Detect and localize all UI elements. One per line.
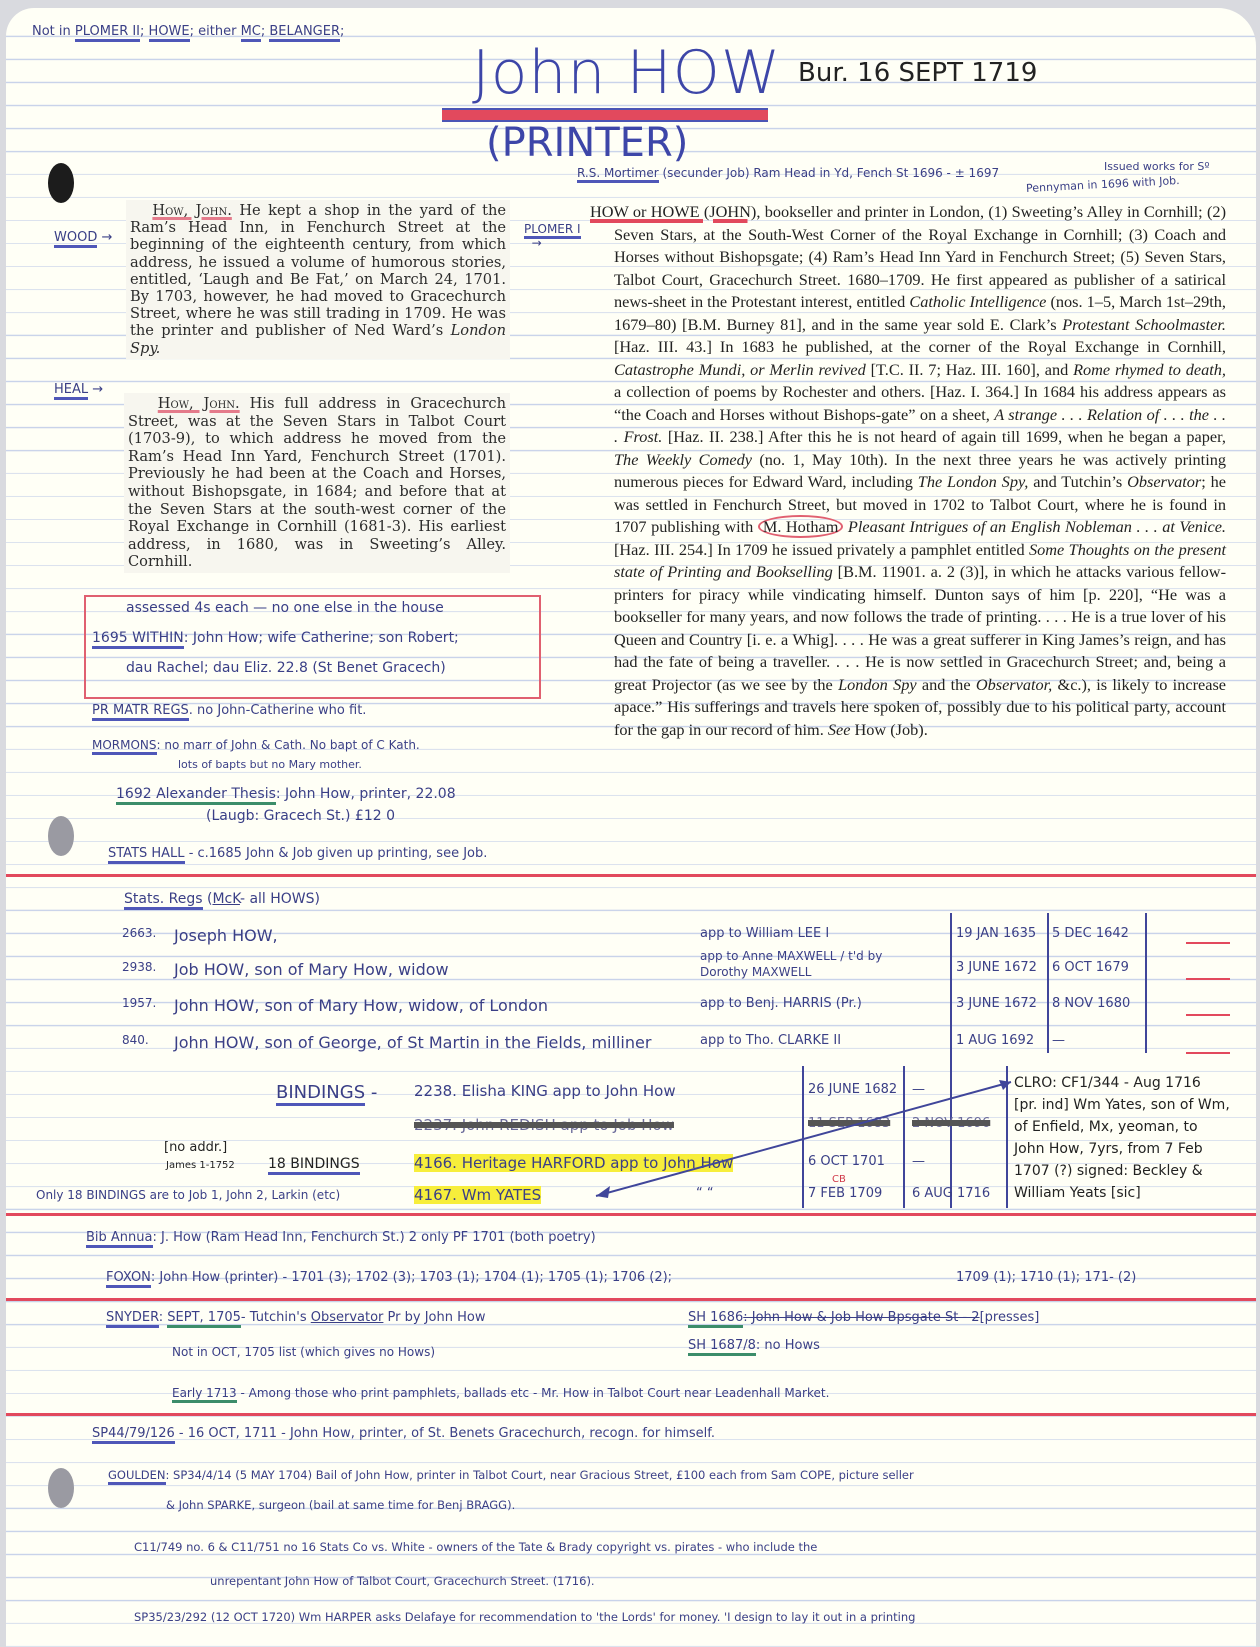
c11-note-2: unrepentant John How of Talbot Court, Gr… bbox=[210, 1574, 595, 1588]
early-1713-note: Early 1713 - Among those who print pamph… bbox=[172, 1386, 829, 1400]
sp44-text: - 16 OCT, 1711 - John How, printer, of S… bbox=[179, 1426, 715, 1441]
snyder-label: SNYDER bbox=[106, 1310, 159, 1328]
section-divider bbox=[6, 1298, 1256, 1301]
link-arrow-icon bbox=[6, 8, 1256, 1308]
foxon-note-2: 1709 (1); 1710 (1); 171- (2) bbox=[956, 1270, 1136, 1285]
sh1687-label: SH 1687/8 bbox=[688, 1338, 756, 1356]
sh1686-text: : John How & Job How Bpsgate St - 2 bbox=[743, 1310, 979, 1325]
goulden-text: : SP34/4/14 (5 MAY 1704) Bail of John Ho… bbox=[166, 1468, 914, 1482]
snyder-note: SNYDER: SEPT, 1705- Tutchin's Observator… bbox=[106, 1310, 485, 1325]
sh1687-text: : no Hows bbox=[756, 1338, 820, 1353]
sh1686-note: SH 1686: John How & Job How Bpsgate St -… bbox=[688, 1310, 1039, 1325]
bib-annua-label: Bib Annua bbox=[86, 1230, 153, 1248]
sp35-note: SP35/23/292 (12 OCT 1720) Wm HARPER asks… bbox=[134, 1610, 915, 1624]
notebook-page: Not in PLOMER II; HOWE; either MC; BELAN… bbox=[6, 8, 1256, 1647]
c11-note: C11/749 no. 6 & C11/751 no 16 Stats Co v… bbox=[134, 1540, 817, 1554]
snyder-text: Pr by John How bbox=[383, 1310, 485, 1325]
sh1686-label: SH 1686 bbox=[688, 1310, 743, 1328]
section-divider bbox=[6, 1213, 1256, 1216]
goulden-label: GOULDEN bbox=[108, 1468, 166, 1485]
foxon-text: : John How (printer) - 1701 (3); 1702 (3… bbox=[151, 1270, 672, 1285]
foxon-label: FOXON bbox=[106, 1270, 151, 1288]
early-1713-label: Early 1713 bbox=[172, 1386, 237, 1403]
goulden-note-2: & John SPARKE, surgeon (bail at same tim… bbox=[166, 1498, 515, 1512]
early-1713-text: - Among those who print pamphlets, balla… bbox=[241, 1386, 830, 1400]
snyder-observator: Observator bbox=[311, 1310, 384, 1325]
sh1686-presses: [presses] bbox=[980, 1310, 1040, 1325]
sp44-label: SP44/79/126 bbox=[92, 1426, 175, 1444]
bib-annua-text: : J. How (Ram Head Inn, Fenchurch St.) 2… bbox=[153, 1230, 596, 1245]
binder-hole bbox=[48, 1468, 74, 1508]
section-divider bbox=[6, 1413, 1256, 1416]
sh1687-note: SH 1687/8: no Hows bbox=[688, 1338, 820, 1353]
foxon-note: FOXON: John How (printer) - 1701 (3); 17… bbox=[106, 1270, 672, 1285]
goulden-note: GOULDEN: SP34/4/14 (5 MAY 1704) Bail of … bbox=[108, 1468, 914, 1482]
bib-annua-note: Bib Annua: J. How (Ram Head Inn, Fenchur… bbox=[86, 1230, 596, 1245]
sp44-note: SP44/79/126 - 16 OCT, 1711 - John How, p… bbox=[92, 1426, 715, 1441]
snyder-text: - Tutchin's bbox=[241, 1310, 311, 1325]
snyder-date: SEPT, 1705 bbox=[167, 1310, 241, 1328]
not-oct-note: Not in OCT, 1705 list (which gives no Ho… bbox=[172, 1345, 435, 1359]
